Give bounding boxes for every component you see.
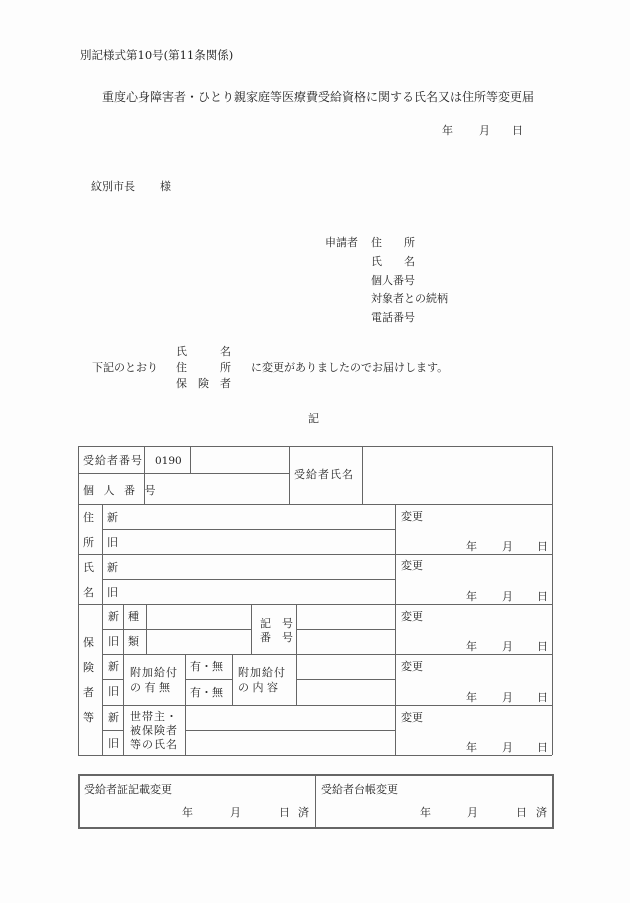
name-change-year: 年 [466, 591, 477, 602]
address-new-field[interactable] [122, 505, 394, 528]
notice-item-insurer: 保 険 者 [176, 378, 231, 389]
ledger-change-year: 年 [420, 807, 431, 818]
type-new-field[interactable] [147, 605, 250, 628]
householder-change-label: 変更 [401, 712, 423, 723]
card-change-year: 年 [182, 807, 193, 818]
name-new-field[interactable] [122, 555, 394, 578]
householder-change-month: 月 [502, 742, 513, 753]
ledger-change-label: 受給者台帳変更 [321, 784, 398, 795]
householder-change-day: 日 [537, 742, 548, 753]
applicant-label: 申請者 [325, 237, 358, 248]
page-title: 重度心身障害者・ひとり親家庭等医療費受給資格に関する氏名又は住所等変更届 [102, 91, 534, 103]
address-change-label: 変更 [401, 511, 423, 522]
insurer-change-label: 変更 [401, 611, 423, 622]
recipient-number-label: 受給者番号 [83, 455, 143, 466]
benefit-change-month: 月 [502, 692, 513, 703]
address-change-month: 月 [502, 541, 513, 552]
type-label-2: 類 [128, 636, 139, 647]
type-new-label: 新 [108, 611, 119, 622]
householder-label-1: 世帯主・ [130, 711, 178, 722]
householder-label-3: 等の氏名 [130, 739, 178, 750]
householder-new-field[interactable] [186, 706, 394, 729]
symbol-number-label-2: 番 号 [260, 632, 293, 643]
benefit-content-old-field[interactable] [297, 680, 394, 704]
name-label-1: 氏 [83, 562, 94, 573]
benefit-presence-label-1: 附加給付 [130, 667, 178, 678]
ledger-change-day: 日 [516, 807, 527, 818]
insurer-label-4: 等 [83, 712, 94, 723]
benefit-content-label-1: 附加給付 [238, 667, 286, 678]
address-old-field[interactable] [122, 530, 394, 553]
name-change-month: 月 [502, 591, 513, 602]
insurer-label-3: 者 [83, 687, 94, 698]
name-change-day: 日 [537, 591, 548, 602]
type-old-label: 旧 [108, 636, 119, 647]
address-new-label: 新 [107, 512, 118, 523]
name-change-label: 変更 [401, 560, 423, 571]
date-day-label: 日 [512, 125, 523, 136]
address-old-label: 旧 [107, 537, 118, 548]
householder-old-label: 旧 [108, 738, 119, 749]
notice-item-address: 住 所 [176, 362, 231, 373]
address-change-year: 年 [466, 541, 477, 552]
notice-prefix: 下記のとおり [92, 362, 158, 373]
householder-change-year: 年 [466, 742, 477, 753]
insurer-label-2: 険 [83, 662, 94, 673]
benefit-new-label: 新 [108, 661, 119, 672]
insurer-label-1: 保 [83, 637, 94, 648]
householder-new-label: 新 [108, 712, 119, 723]
ki-heading: 記 [308, 413, 319, 424]
benefit-presence-label-2: の 有 無 [130, 682, 170, 693]
recipient-name-field[interactable] [363, 447, 551, 503]
insurer-change-year: 年 [466, 641, 477, 652]
type-label-1: 種 [128, 611, 139, 622]
address-label-1: 住 [83, 512, 94, 523]
personal-number-field[interactable] [145, 474, 288, 503]
address-change-day: 日 [537, 541, 548, 552]
card-change-day: 日 [279, 807, 290, 818]
applicant-field-relationship: 対象者との続柄 [371, 293, 448, 304]
applicant-field-name: 氏 名 [371, 256, 415, 267]
insurer-change-month: 月 [502, 641, 513, 652]
applicant-field-phone: 電話番号 [371, 312, 415, 323]
ledger-change-month: 月 [467, 807, 478, 818]
addressee-honorific: 様 [160, 181, 171, 192]
type-old-field[interactable] [147, 630, 250, 653]
form-number: 別記様式第10号(第11条関係) [80, 50, 233, 62]
benefit-presence-old-choice[interactable]: 有・無 [190, 687, 223, 698]
name-old-label: 旧 [107, 587, 118, 598]
benefit-change-label: 変更 [401, 661, 423, 672]
name-new-label: 新 [107, 562, 118, 573]
recipient-name-label: 受給者氏名 [294, 469, 354, 480]
applicant-field-personal-number: 個人番号 [371, 275, 415, 286]
card-change-label: 受給者証記載変更 [84, 784, 172, 795]
benefit-old-label: 旧 [108, 686, 119, 697]
benefit-content-label-2: の 内 容 [238, 682, 278, 693]
householder-old-field[interactable] [186, 731, 394, 754]
recipient-number-extra-field[interactable] [191, 447, 288, 472]
benefit-content-new-field[interactable] [297, 655, 394, 678]
ledger-change-done: 済 [536, 807, 547, 818]
symbol-number-label-1: 記 号 [260, 618, 293, 629]
householder-label-2: 被保険者 [130, 725, 178, 736]
card-change-month: 月 [230, 807, 241, 818]
date-year-label: 年 [442, 125, 453, 136]
benefit-change-day: 日 [537, 692, 548, 703]
benefit-change-year: 年 [466, 692, 477, 703]
date-month-label: 月 [479, 125, 490, 136]
name-label-2: 名 [83, 587, 94, 598]
notice-item-name: 氏 名 [176, 346, 231, 357]
addressee-name: 紋別市長 [91, 181, 135, 192]
notice-suffix: に変更がありましたのでお届けします。 [251, 362, 448, 373]
benefit-presence-new-choice[interactable]: 有・無 [190, 661, 223, 672]
insurer-change-day: 日 [537, 641, 548, 652]
card-change-done: 済 [298, 807, 309, 818]
address-label-2: 所 [83, 537, 94, 548]
recipient-number-value[interactable]: 0190 [155, 456, 182, 467]
symbol-number-old-field[interactable] [297, 630, 394, 653]
applicant-field-address: 住 所 [371, 237, 415, 248]
symbol-number-new-field[interactable] [297, 605, 394, 628]
name-old-field[interactable] [122, 580, 394, 603]
